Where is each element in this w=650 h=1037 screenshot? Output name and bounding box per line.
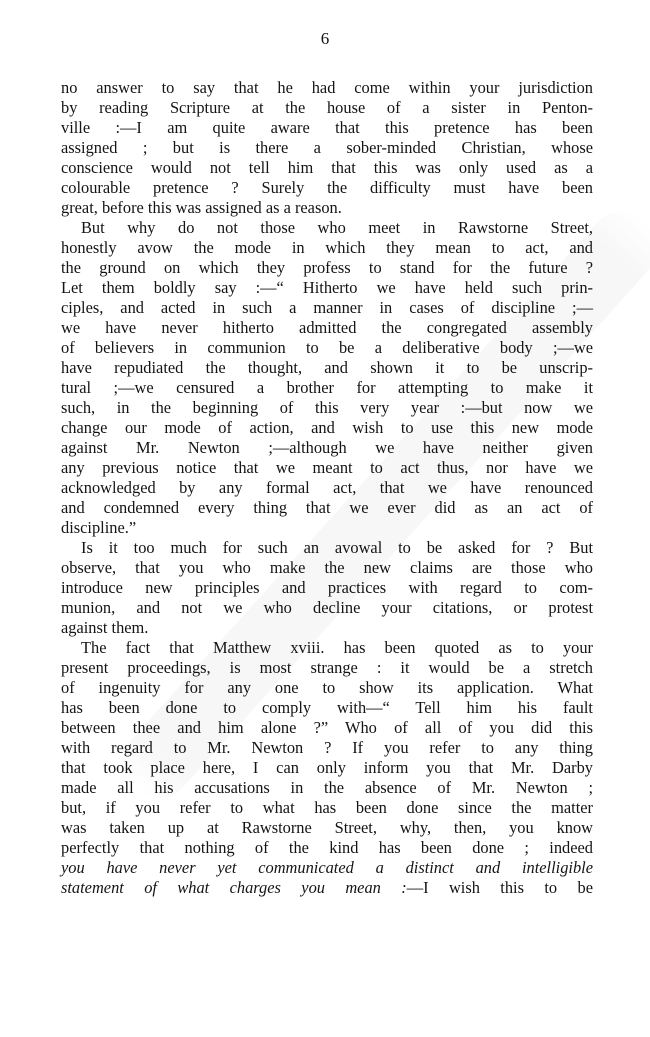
text-segment: —I wish this to be	[407, 878, 593, 897]
text-line: was taken up at Rawstorne Street, why, t…	[61, 818, 593, 838]
text-line: honestly avow the mode in which they mea…	[61, 238, 593, 258]
text-line: by reading Scripture at the house of a s…	[61, 98, 593, 118]
text-line: ville :—I am quite aware that this prete…	[61, 118, 593, 138]
text-line: perfectly that nothing of the kind has b…	[61, 838, 593, 858]
text-line: munion, and not we who decline your cita…	[61, 598, 593, 618]
text-line: tural ;—we censured a brother for attemp…	[61, 378, 593, 398]
text-line: against Mr. Newton ;—although we have ne…	[61, 438, 593, 458]
text-line: no answer to say that he had come within…	[61, 78, 593, 98]
text-line: that took place here, I can only inform …	[61, 758, 593, 778]
text-line: Is it too much for such an avowal to be …	[61, 538, 593, 558]
text-line: The fact that Matthew xviii. has been qu…	[61, 638, 593, 658]
text-line: of believers in communion to be a delibe…	[61, 338, 593, 358]
text-line: colourable pretence ? Surely the difficu…	[61, 178, 593, 198]
text-line: observe, that you who make the new claim…	[61, 558, 593, 578]
text-line: conscience would not tell him that this …	[61, 158, 593, 178]
text-line: assigned ; but is there a sober-minded C…	[61, 138, 593, 158]
text-line: between thee and him alone ?” Who of all…	[61, 718, 593, 738]
text-line: But why do not those who meet in Rawstor…	[61, 218, 593, 238]
text-line: has been done to comply with—“ Tell him …	[61, 698, 593, 718]
text-line: the ground on which they profess to stan…	[61, 258, 593, 278]
text-line: acknowledged by any formal act, that we …	[61, 478, 593, 498]
text-line: present proceedings, is most strange : i…	[61, 658, 593, 678]
italic-text: statement of what charges you mean :	[61, 878, 407, 897]
text-line: statement of what charges you mean :—I w…	[61, 878, 593, 898]
text-line: and condemned every thing that we ever d…	[61, 498, 593, 518]
text-line: great, before this was assigned as a rea…	[61, 198, 593, 218]
text-line: made all his accusations in the absence …	[61, 778, 593, 798]
page-number: 6	[0, 29, 650, 49]
text-line: discipline.”	[61, 518, 593, 538]
text-line: we have never hitherto admitted the cong…	[61, 318, 593, 338]
text-line: change our mode of action, and wish to u…	[61, 418, 593, 438]
text-line: ciples, and acted in such a manner in ca…	[61, 298, 593, 318]
text-line: have repudiated the thought, and shown i…	[61, 358, 593, 378]
text-line: introduce new principles and practices w…	[61, 578, 593, 598]
text-line: Let them boldly say :—“ Hitherto we have…	[61, 278, 593, 298]
text-line: of ingenuity for any one to show its app…	[61, 678, 593, 698]
text-line: with regard to Mr. Newton ? If you refer…	[61, 738, 593, 758]
text-line: but, if you refer to what has been done …	[61, 798, 593, 818]
text-line: such, in the beginning of this very year…	[61, 398, 593, 418]
text-line: you have never yet communicated a distin…	[61, 858, 593, 878]
body-text: no answer to say that he had come within…	[61, 78, 593, 898]
text-line: any previous notice that we meant to act…	[61, 458, 593, 478]
text-line: against them.	[61, 618, 593, 638]
